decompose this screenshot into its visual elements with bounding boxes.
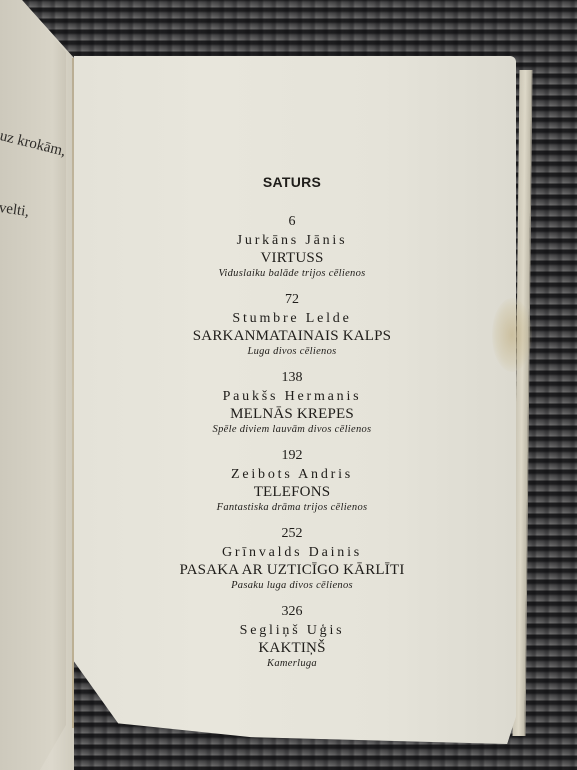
entry-author: Grīnvalds Dainis xyxy=(160,544,424,562)
entry-author: Zeibots Andris xyxy=(160,466,424,484)
entry-subtitle: Kamerluga xyxy=(160,657,424,671)
entry-page-number: 138 xyxy=(160,370,424,386)
entry-title: VIRTUSS xyxy=(160,250,424,267)
entry-subtitle: Spēle diviem lauvām divos cēlienos xyxy=(160,423,424,437)
toc-entry: 326 Segliņš Uģis KAKTIŅŠ Kamerluga xyxy=(160,604,424,671)
toc-entry: 192 Zeibots Andris TELEFONS Fantastiska … xyxy=(160,448,424,515)
paper-stain xyxy=(492,298,532,372)
entry-subtitle: Pasaku luga divos cēlienos xyxy=(160,579,424,593)
entry-author: Jurkāns Jānis xyxy=(160,232,424,250)
entry-author: Paukšs Hermanis xyxy=(160,388,424,406)
entry-page-number: 326 xyxy=(160,604,424,620)
entry-title: KAKTIŅŠ xyxy=(160,640,424,657)
entry-author: Stumbre Lelde xyxy=(160,310,424,328)
entry-subtitle: Luga divos cēlienos xyxy=(160,345,424,359)
toc-heading: SATURS xyxy=(160,174,424,190)
entry-title: SARKANMATAINAIS KALPS xyxy=(160,328,424,345)
entry-title: PASAKA AR UZTICĪGO KĀRLĪTI xyxy=(160,562,424,579)
table-of-contents: SATURS 6 Jurkāns Jānis VIRTUSS Viduslaik… xyxy=(160,172,424,682)
entry-author: Segliņš Uģis xyxy=(160,622,424,640)
entry-subtitle: Fantastiska drāma trijos cēlienos xyxy=(160,501,424,515)
left-page-surface: uz krokām, velti, xyxy=(0,0,66,770)
entry-title: MELNĀS KREPES xyxy=(160,406,424,423)
entry-page-number: 192 xyxy=(160,448,424,464)
toc-entry: 138 Paukšs Hermanis MELNĀS KREPES Spēle … xyxy=(160,370,424,437)
entry-page-number: 72 xyxy=(160,292,424,308)
book-gutter xyxy=(72,58,74,728)
entry-page-number: 6 xyxy=(160,214,424,230)
entry-page-number: 252 xyxy=(160,526,424,542)
left-page-fragment: uz krokām, xyxy=(0,128,67,161)
left-page-fragment: velti, xyxy=(0,200,30,221)
entry-subtitle: Viduslaiku balāde trijos cēlienos xyxy=(160,267,424,281)
toc-entry: 72 Stumbre Lelde SARKANMATAINAIS KALPS L… xyxy=(160,292,424,359)
toc-entry: 6 Jurkāns Jānis VIRTUSS Viduslaiku balād… xyxy=(160,214,424,281)
toc-entry: 252 Grīnvalds Dainis PASAKA AR UZTICĪGO … xyxy=(160,526,424,593)
entry-title: TELEFONS xyxy=(160,484,424,501)
